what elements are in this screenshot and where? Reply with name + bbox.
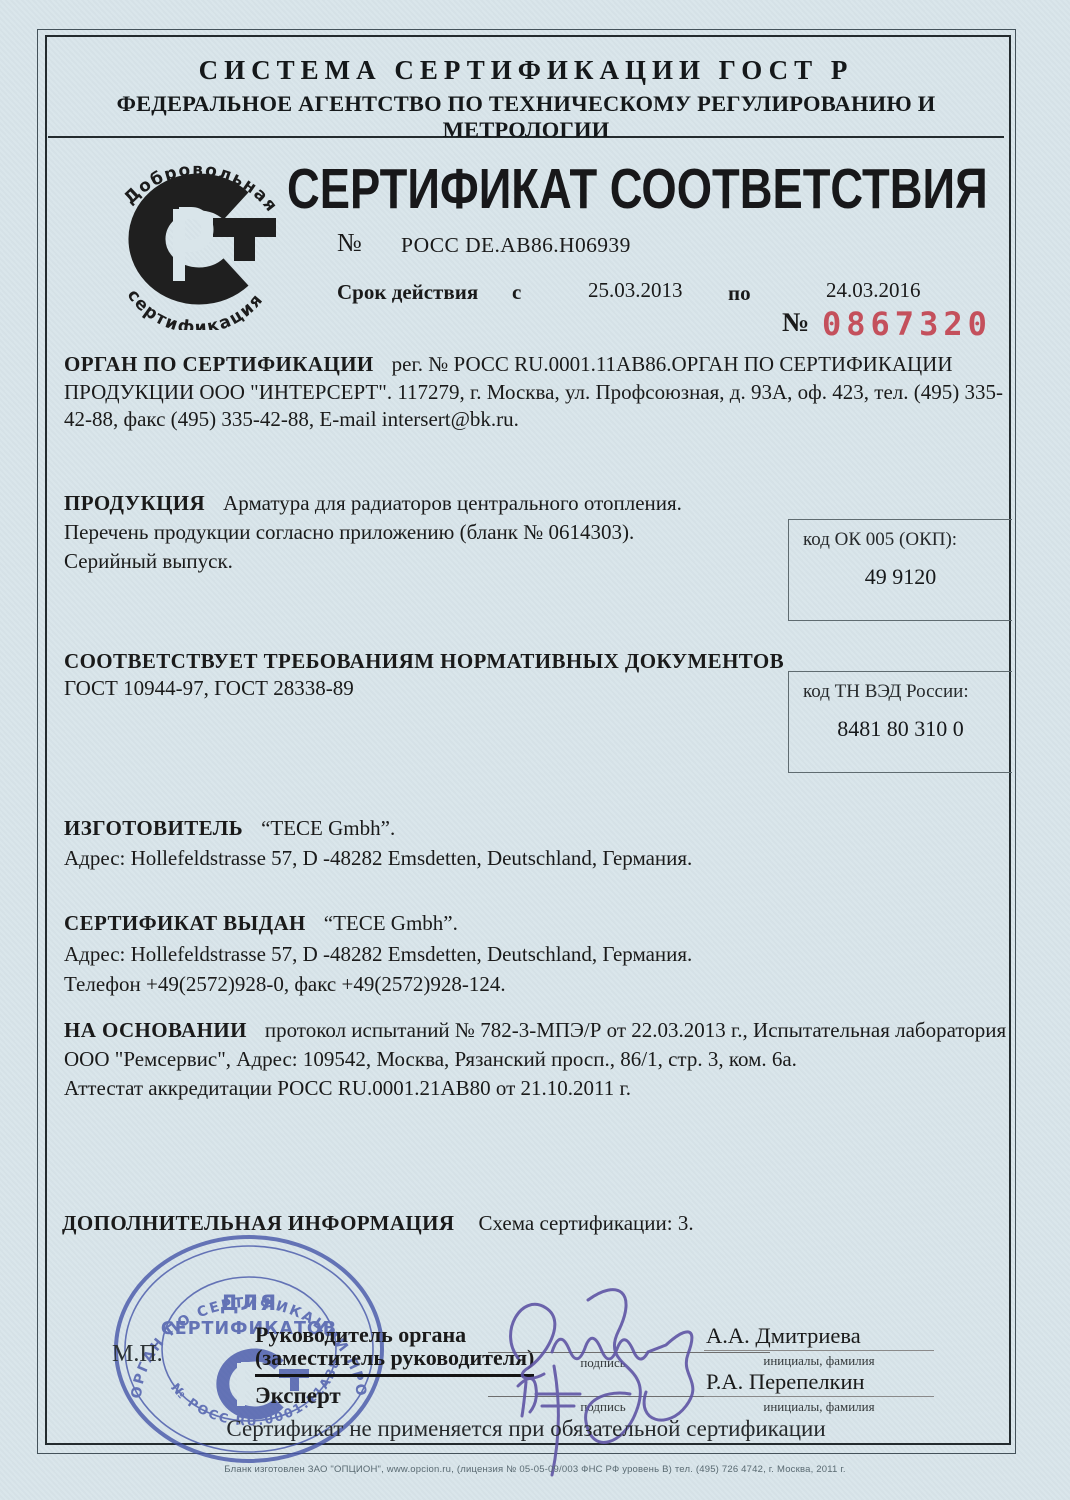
section-certification-body: ОРГАН ПО СЕРТИФИКАЦИИрег. № РОСС RU.0001… [64,351,1014,434]
okp-code-box: код ОК 005 (ОКП): 49 9120 [788,519,1012,621]
product-line1: Арматура для радиаторов центрального ото… [223,491,682,515]
expert-signature-icon [518,1378,580,1416]
handwritten-signatures [460,1270,1020,1485]
certificate-title: СЕРТИФИКАТ СООТВЕТСТВИЯ [287,157,988,221]
manufacturer-address: Адрес: Hollefeldstrasse 57, D -48282 Ems… [64,843,1014,873]
blank-number: 0867320 [822,305,992,343]
okp-code-label: код ОК 005 (ОКП): [789,520,1012,551]
conforms-text: ГОСТ 10944-97, ГОСТ 28338-89 [64,675,804,702]
valid-to-date: 24.03.2016 [826,278,921,303]
validity-from-label: с [512,280,521,305]
conforms-label: СООТВЕТСТВУЕТ ТРЕБОВАНИЯМ НОРМАТИВНЫХ ДО… [64,648,804,675]
stamp-center-line1: ДЛЯ [220,1291,278,1315]
blank-number-symbol: № [782,307,809,338]
okp-code-value: 49 9120 [789,564,1012,590]
issued-to-name: “ТЕСЕ Gmbh”. [324,911,458,935]
basis-text2: Аттестат аккредитации РОСС RU.0001.21АВ8… [64,1074,1016,1103]
rst-mark [147,192,276,286]
section-product: ПРОДУКЦИЯАрматура для радиаторов централ… [64,489,796,576]
printer-fine-print: Бланк изготовлен ЗАО "ОПЦИОН", www.opcio… [0,1464,1070,1475]
valid-from-date: 25.03.2013 [588,278,683,303]
manufacturer-name: “ТЕСЕ Gmbh”. [261,816,395,840]
manufacturer-label: ИЗГОТОВИТЕЛЬ [64,816,243,840]
issued-to-phone: Телефон +49(2572)928-0, факс +49(2572)92… [64,969,1014,1000]
section-manufacturer: ИЗГОТОВИТЕЛЬ“ТЕСЕ Gmbh”. Адрес: Hollefel… [64,813,1014,873]
stamp-place-label: М.П. [112,1341,163,1368]
footer-note: Сертификат не применяется при обязательн… [45,1416,1007,1442]
rostest-logo-icon: Добровольная сертификация [86,154,304,330]
agency-title: ФЕДЕРАЛЬНОЕ АГЕНТСТВО ПО ТЕХНИЧЕСКОМУ РЕ… [48,91,1004,143]
section-conforms: СООТВЕТСТВУЕТ ТРЕБОВАНИЯМ НОРМАТИВНЫХ ДО… [64,648,804,702]
certification-body-label: ОРГАН ПО СЕРТИФИКАЦИИ [64,352,374,376]
section-issued-to: СЕРТИФИКАТ ВЫДАН“ТЕСЕ Gmbh”. Адрес: Holl… [64,908,1014,1000]
header-band: СИСТЕМА СЕРТИФИКАЦИИ ГОСТ Р ФЕДЕРАЛЬНОЕ … [48,38,1004,138]
tnved-code-box: код ТН ВЭД России: 8481 80 310 0 [788,671,1012,773]
certificate-number: РОСС DE.AB86.H06939 [401,233,631,258]
product-line3: Серийный выпуск. [64,547,796,576]
additional-info-text: Схема сертификации: 3. [478,1211,693,1235]
expert-label: Эксперт [255,1383,341,1409]
issued-to-label: СЕРТИФИКАТ ВЫДАН [64,911,306,935]
product-line2: Перечень продукции согласно приложению (… [64,518,796,547]
validity-to-label: по [728,281,751,306]
tnved-code-value: 8481 80 310 0 [789,716,1012,742]
basis-label: НА ОСНОВАНИИ [64,1018,247,1042]
issued-to-address: Адрес: Hollefeldstrasse 57, D -48282 Ems… [64,939,1014,970]
head-signature-icon [511,1304,693,1420]
section-basis: НА ОСНОВАНИИпротокол испытаний № 782-3-М… [64,1016,1016,1103]
validity-label: Срок действия [337,280,478,305]
number-symbol: № [337,228,362,258]
product-label: ПРОДУКЦИЯ [64,491,205,515]
system-title: СИСТЕМА СЕРТИФИКАЦИИ ГОСТ Р [48,55,1004,86]
tnved-code-label: код ТН ВЭД России: [789,672,1012,703]
